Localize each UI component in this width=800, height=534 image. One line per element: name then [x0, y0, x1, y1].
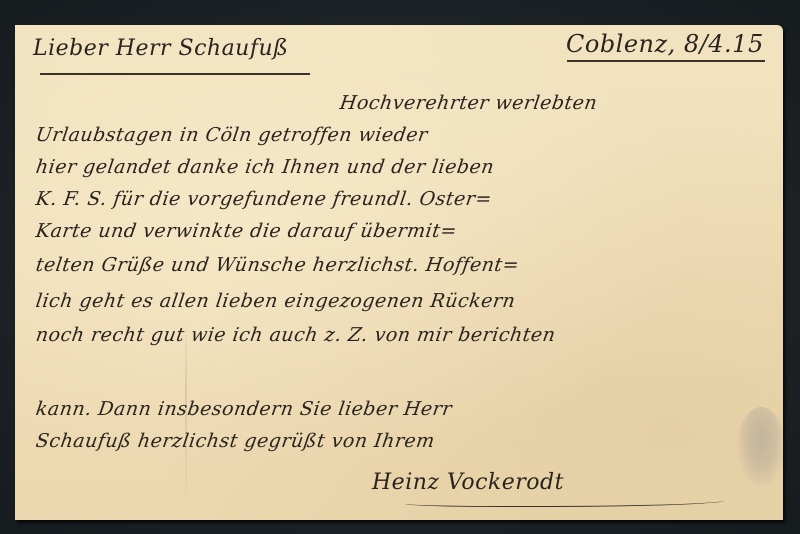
body-line: Karte und verwinkte die darauf übermit= [34, 220, 458, 242]
body-line: K. F. S. für die vorgefundene freundl. O… [34, 188, 493, 210]
place-date: Coblenz, 8/4.15 [566, 30, 764, 58]
body-line: lich geht es allen lieben eingezogenen R… [34, 290, 516, 312]
body-line: kann. Dann insbesondern Sie lieber Herr [34, 398, 453, 420]
body-line: telten Grüße und Wünsche herzlichst. Hof… [34, 254, 520, 276]
salutation-underline [40, 73, 310, 75]
body-line: Schaufuß herzlichst gegrüßt von Ihrem [34, 430, 436, 452]
signature: Heinz Vockerodt [372, 470, 564, 495]
body-line: Hochverehrter werlebten [338, 92, 598, 114]
body-line: Urlaubstagen in Cöln getroffen wieder [34, 124, 429, 146]
place-date-underline [567, 60, 765, 62]
postmark-stamp-icon [737, 407, 785, 487]
body-line: hier gelandet danke ich Ihnen und der li… [34, 156, 495, 178]
salutation: Lieber Herr Schaufuß [33, 36, 288, 61]
body-line: noch recht gut wie ich auch z. Z. von mi… [34, 324, 557, 346]
